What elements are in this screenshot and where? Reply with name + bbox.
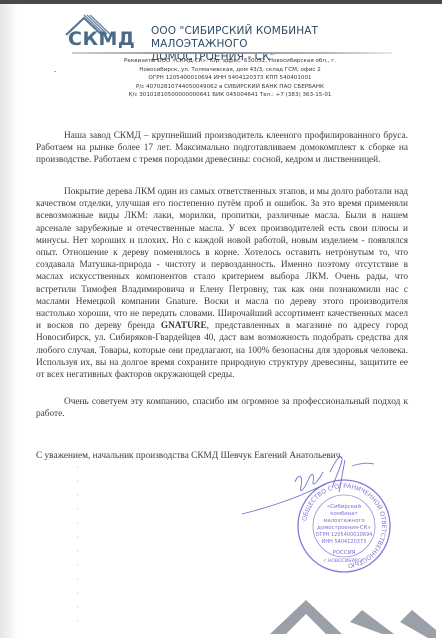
paragraph-text-part1: Покрытие дерева ЛКМ один из самых ответс… xyxy=(36,187,408,331)
brand-name: GNATURE xyxy=(161,321,207,331)
requisites-line: Реквизиты ООО «СКМД-СК»: Юр. адрес: 6300… xyxy=(80,57,380,66)
paragraph-recommendation: Очень советуем эту компанию, спасибо им … xyxy=(36,396,408,420)
paragraph-intro: Наша завод СКМД – крупнейший производите… xyxy=(36,130,408,167)
requisites-line: К/с 30101810500000000641 БИК 045004641 Т… xyxy=(80,91,380,100)
requisites-line: Р/с 40702810744050049062 в СИБИРСКИЙ БАН… xyxy=(80,83,380,92)
stamp-line: г.НОВОСИБИРСК xyxy=(324,558,365,564)
stamp-line: домостроения-СК» xyxy=(317,525,371,531)
paragraph-text: Наша завод СКМД – крупнейший производите… xyxy=(36,130,408,167)
paragraph-main: Покрытие дерева ЛКМ один из самых ответс… xyxy=(36,186,408,381)
company-requisites: Реквизиты ООО «СКМД-СК»: Юр. адрес: 6300… xyxy=(80,57,380,100)
requisites-line: Новосибирск, ул. Толмачевская, дом 43/3,… xyxy=(80,66,380,75)
company-logo: СКМД xyxy=(62,14,148,50)
company-name-line1: ООО "СИБИРСКИЙ КОМБИНАТ МАЛОЭТАЖНОГО xyxy=(151,25,391,51)
roof-watermark-icon xyxy=(270,582,442,638)
logo-text: СКМД xyxy=(68,28,135,50)
handwritten-signature xyxy=(240,452,390,522)
header-divider xyxy=(72,52,392,54)
scan-speck xyxy=(54,71,56,72)
paragraph-text: Очень советуем эту компанию, спасибо им … xyxy=(36,396,408,420)
stamp-line: РОССИЯ xyxy=(333,550,356,556)
stamp-line: ИНН 5404120373 xyxy=(322,539,367,545)
paragraph-text: Покрытие дерева ЛКМ один из самых ответс… xyxy=(36,186,408,381)
requisites-line: ОГРН 1205400010694 ИНН 5404120373 КПП 54… xyxy=(80,74,380,83)
stamp-line: ОГРН 1205400010694 xyxy=(316,532,373,538)
scan-artifact-line xyxy=(77,452,78,632)
letter-page: СКМД ООО "СИБИРСКИЙ КОМБИНАТ МАЛОЭТАЖНОГ… xyxy=(0,4,442,638)
